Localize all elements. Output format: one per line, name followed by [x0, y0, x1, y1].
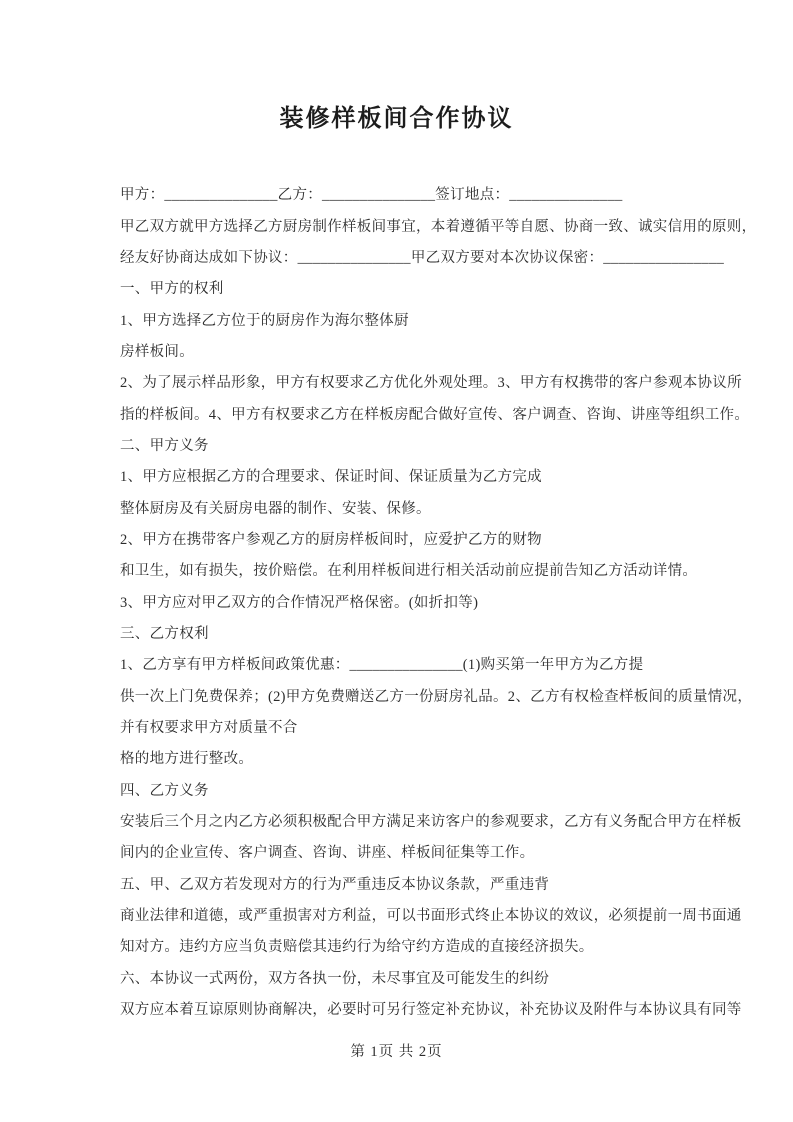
line-s3-item2-a: 并有权要求甲方对质量不合: [120, 711, 678, 742]
heading-section-1-party-a-rights: 一、甲方的权利: [120, 272, 678, 303]
line-preamble-2-blanks: 经友好协商达成如下协议：_______________甲乙双方要对本次协议保密：…: [120, 241, 678, 272]
heading-section-4-party-b-obligations: 四、乙方义务: [120, 774, 678, 805]
line-s2-item3: 3、甲方应对甲乙双方的合作情况严格保密。(如折扣等): [120, 585, 678, 616]
line-s6-copies-a: 六、本协议一式两份，双方各执一份，未尽事宜及可能发生的纠纷: [120, 962, 678, 993]
line-s3-item2-b: 格的地方进行整改。: [120, 742, 678, 773]
line-s1-item2-3: 2、为了展示样品形象，甲方有权要求乙方优化外观处理。3、甲方有权携带的客户参观本…: [120, 366, 678, 397]
line-s1-item1-b: 房样板间。: [120, 335, 678, 366]
line-preamble-1: 甲乙双方就甲方选择乙方厨房制作样板间事宜，本着遵循平等自愿、协商一致、诚实信用的…: [120, 209, 678, 240]
document-title: 装修样板间合作协议: [0, 98, 793, 133]
document-page: 装修样板间合作协议 甲方：_______________乙方：_________…: [0, 0, 793, 1122]
line-s2-item1-a: 1、甲方应根据乙方的合理要求、保证时间、保证质量为乙方完成: [120, 460, 678, 491]
document-body: 甲方：_______________乙方：_______________签订地点…: [120, 178, 678, 1024]
line-parties-blanks: 甲方：_______________乙方：_______________签订地点…: [120, 178, 678, 209]
page-number-footer: 第 1页 共 2页: [0, 1040, 793, 1061]
heading-section-2-party-a-obligations: 二、甲方义务: [120, 429, 678, 460]
line-s2-item2-b: 和卫生，如有损失，按价赔偿。在利用样板间进行相关活动前应提前告知乙方活动详情。: [120, 554, 678, 585]
line-s6-copies-b: 双方应本着互谅原则协商解决，必要时可另行签定补充协议，补充协议及附件与本协议具有…: [120, 993, 678, 1024]
line-s3-item1-a-blank: 1、乙方享有甲方样板间政策优惠：_______________(1)购买第一年甲…: [120, 648, 678, 679]
line-s1-item4: 指的样板间。4、甲方有权要求乙方在样板房配合做好宣传、客户调查、咨询、讲座等组织…: [120, 397, 678, 428]
heading-section-3-party-b-rights: 三、乙方权利: [120, 617, 678, 648]
line-s1-item1-a: 1、甲方选择乙方位于的厨房作为海尔整体厨: [120, 303, 678, 334]
line-s5-breach-c: 知对方。违约方应当负责赔偿其违约行为给守约方造成的直接经济损失。: [120, 930, 678, 961]
line-s2-item1-b: 整体厨房及有关厨房电器的制作、安装、保修。: [120, 491, 678, 522]
line-s5-breach-b: 商业法律和道德，或严重损害对方利益，可以书面形式终止本协议的效议，必须提前一周书…: [120, 899, 678, 930]
line-s2-item2-a: 2、甲方在携带客户参观乙方的厨房样板间时，应爱护乙方的财物: [120, 523, 678, 554]
line-s3-item1-b: 供一次上门免费保养；(2)甲方免费赠送乙方一份厨房礼品。2、乙方有权检查样板间的…: [120, 680, 678, 711]
line-s4-body-a: 安装后三个月之内乙方必须积极配合甲方满足来访客户的参观要求，乙方有义务配合甲方在…: [120, 805, 678, 836]
line-s5-breach-a: 五、甲、乙双方若发现对方的行为严重违反本协议条款，严重违背: [120, 868, 678, 899]
line-s4-body-b: 间内的企业宣传、客户调查、咨询、讲座、样板间征集等工作。: [120, 836, 678, 867]
